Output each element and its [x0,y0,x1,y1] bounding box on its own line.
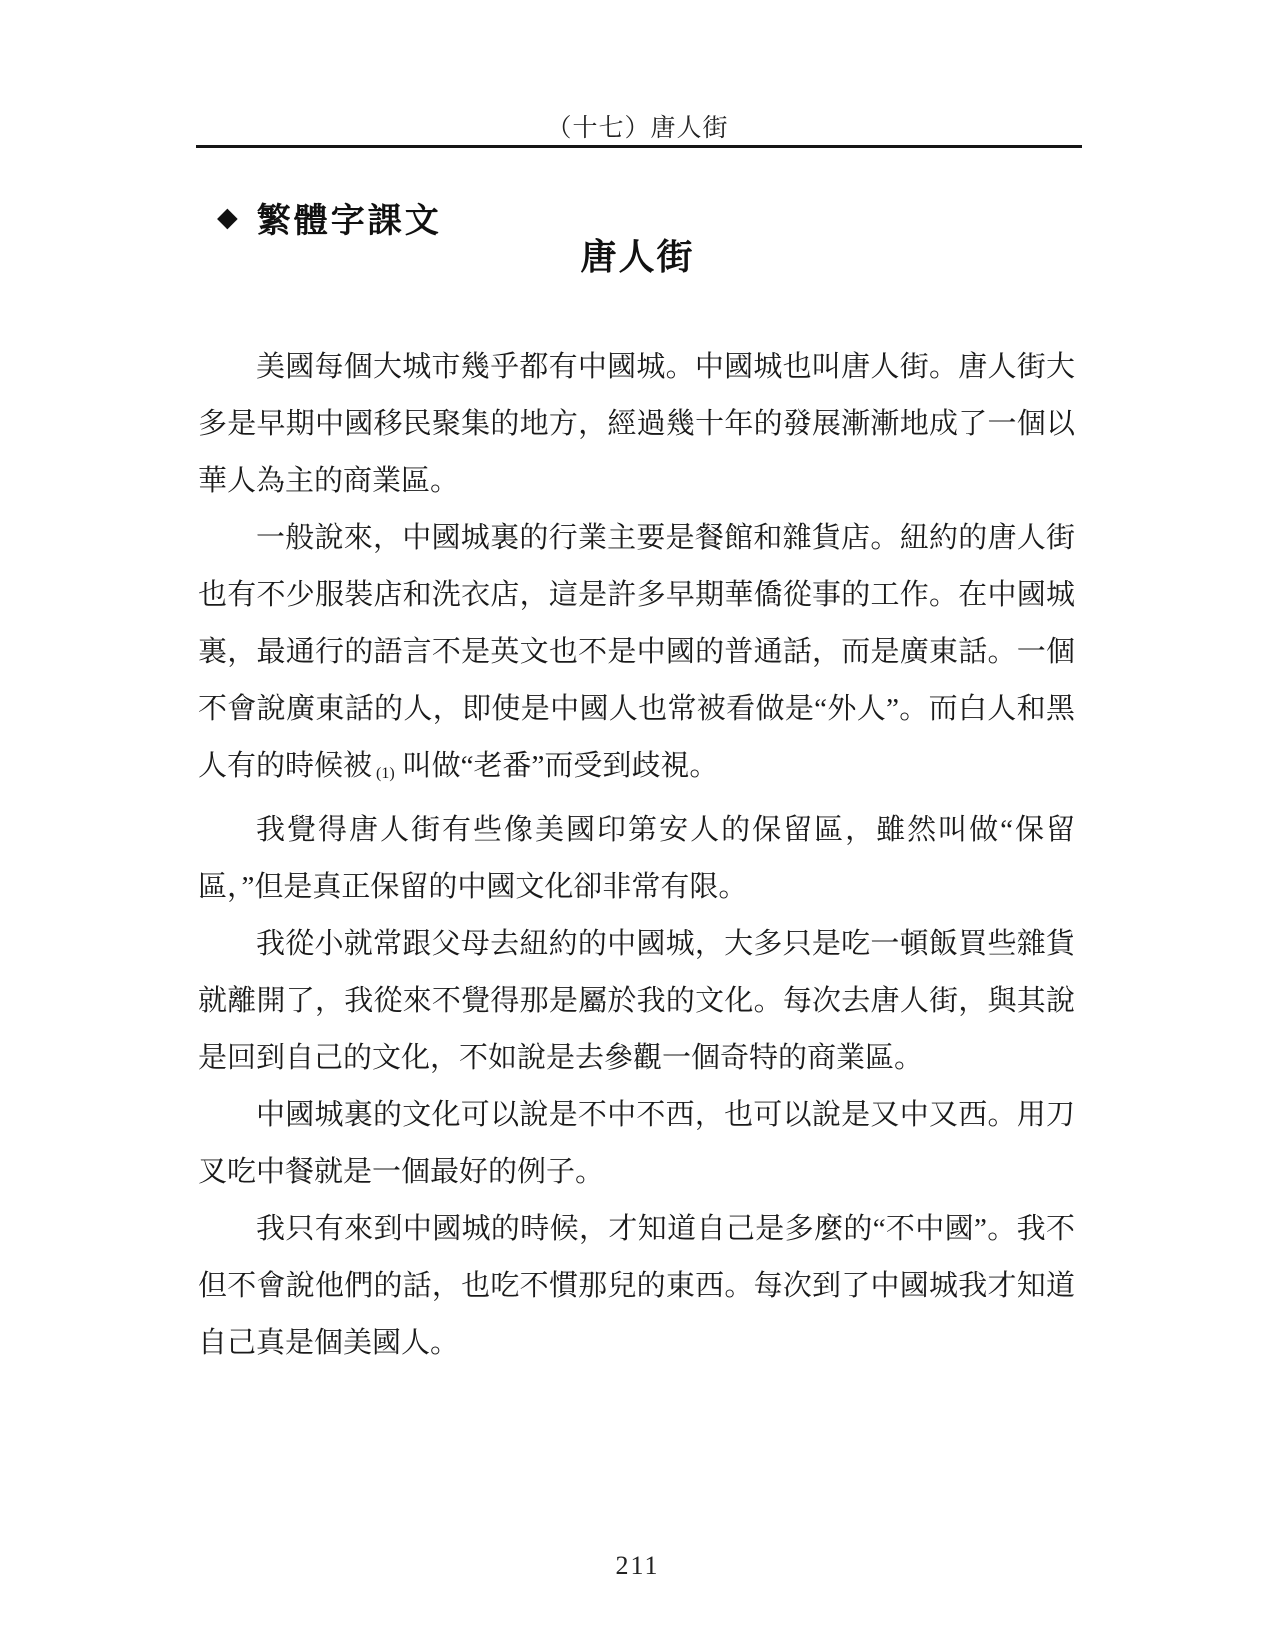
page-number: 211 [0,1551,1275,1581]
paragraph: 我只有來到中國城的時候，才知道自己是多麼的“不中國”。我不但不會說他們的話，也吃… [198,1201,1075,1372]
lesson-text-body: 美國每個大城市幾乎都有中國城。中國城也叫唐人街。唐人街大多是早期中國移民聚集的地… [198,339,1075,1372]
text-run: 中國城裏的文化可以說是不中不西，也可以說是又中又西。用刀叉吃中餐就是一個最好的例… [198,1099,1075,1188]
diamond-bullet-icon: ◆ [217,204,238,231]
paragraph: 我從小就常跟父母去紐約的中國城，大多只是吃一頓飯買些雜貨就離開了，我從來不覺得那… [198,916,1075,1087]
running-header: （十七）唐人街 [0,108,1275,144]
text-run: 叫做“老番”而受到歧視。 [403,750,719,782]
paragraph: 我覺得唐人街有些像美國印第安人的保留區，雖然叫做“保留區，”但是真正保留的中國文… [198,802,1075,916]
text-run: 美國每個大城市幾乎都有中國城。中國城也叫唐人街。唐人街大多是早期中國移民聚集的地… [198,351,1075,497]
paragraph: 一般說來，中國城裏的行業主要是餐館和雜貨店。紐約的唐人街也有不少服裝店和洗衣店，… [198,510,1075,802]
footnote-marker: (1) [376,765,395,782]
scanned-textbook-page: （十七）唐人街 ◆ 繁體字課文 唐人街 美國每個大城市幾乎都有中國城。中國城也叫… [0,0,1275,1650]
paragraph: 中國城裏的文化可以說是不中不西，也可以說是又中又西。用刀叉吃中餐就是一個最好的例… [198,1087,1075,1201]
lesson-title: 唐人街 [0,229,1275,280]
text-run: 我從小就常跟父母去紐約的中國城，大多只是吃一頓飯買些雜貨就離開了，我從來不覺得那… [198,928,1075,1074]
text-run: 我只有來到中國城的時候，才知道自己是多麼的“不中國”。我不但不會說他們的話，也吃… [198,1213,1075,1359]
text-run: 我覺得唐人街有些像美國印第安人的保留區，雖然叫做“保留區，”但是真正保留的中國文… [198,814,1075,903]
header-rule [196,145,1082,148]
text-run: 一般說來，中國城裏的行業主要是餐館和雜貨店。紐約的唐人街也有不少服裝店和洗衣店，… [198,522,1075,782]
paragraph: 美國每個大城市幾乎都有中國城。中國城也叫唐人街。唐人街大多是早期中國移民聚集的地… [198,339,1075,510]
